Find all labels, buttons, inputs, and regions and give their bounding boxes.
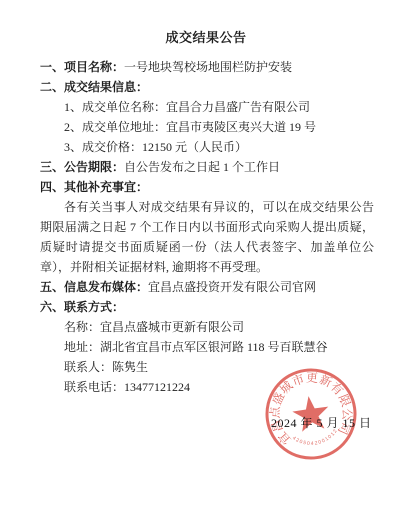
section-contact-label: 六、联系方式： <box>40 300 124 314</box>
page-title: 成交结果公告 <box>0 27 412 46</box>
section-result-info-label: 二、成交结果信息： <box>40 80 148 94</box>
section-supplementary: 四、其他补充事宜： <box>40 177 374 197</box>
result-item-winner-address: 2、成交单位地址：宜昌市夷陵区夷兴大道 19 号 <box>40 117 374 137</box>
supplementary-paragraph: 各有关当事人对成交结果有异议的，可以在成交结果公告期限届满之日起 7 个工作日内… <box>40 197 374 277</box>
contact-address: 地址：湖北省宜昌市点军区银河路 118 号百联慧谷 <box>40 337 374 357</box>
section-publish-media-label: 五、信息发布媒体： <box>40 280 148 294</box>
section-supplementary-label: 四、其他补充事宜： <box>40 180 148 194</box>
document-body: 一、项目名称：一号地块驾校场地围栏防护安装 二、成交结果信息： 1、成交单位名称… <box>40 57 374 397</box>
result-item-winner-name: 1、成交单位名称：宜昌合力昌盛广告有限公司 <box>40 97 374 117</box>
announcement-date: 2024 年 5 月 15 日 <box>271 414 372 431</box>
section-announcement-period: 三、公告期限：自公告发布之日起 1 个工作日 <box>40 157 374 177</box>
section-publish-media-value: 宜昌点盛投资开发有限公司官网 <box>148 280 316 294</box>
section-project-name: 一、项目名称：一号地块驾校场地围栏防护安装 <box>40 57 374 77</box>
contact-company-name: 名称：宜昌点盛城市更新有限公司 <box>40 317 374 337</box>
section-announcement-period-label: 三、公告期限： <box>40 160 124 174</box>
section-project-name-label: 一、项目名称： <box>40 60 124 74</box>
section-publish-media: 五、信息发布媒体：宜昌点盛投资开发有限公司官网 <box>40 277 374 297</box>
announcement-document: 成交结果公告 一、项目名称：一号地块驾校场地围栏防护安装 二、成交结果信息： 1… <box>0 0 412 507</box>
section-result-info: 二、成交结果信息： <box>40 77 374 97</box>
result-item-price: 3、成交价格：12150 元（人民币） <box>40 137 374 157</box>
section-contact: 六、联系方式： <box>40 297 374 317</box>
section-announcement-period-value: 自公告发布之日起 1 个工作日 <box>124 160 280 174</box>
section-project-name-value: 一号地块驾校场地围栏防护安装 <box>124 60 292 74</box>
